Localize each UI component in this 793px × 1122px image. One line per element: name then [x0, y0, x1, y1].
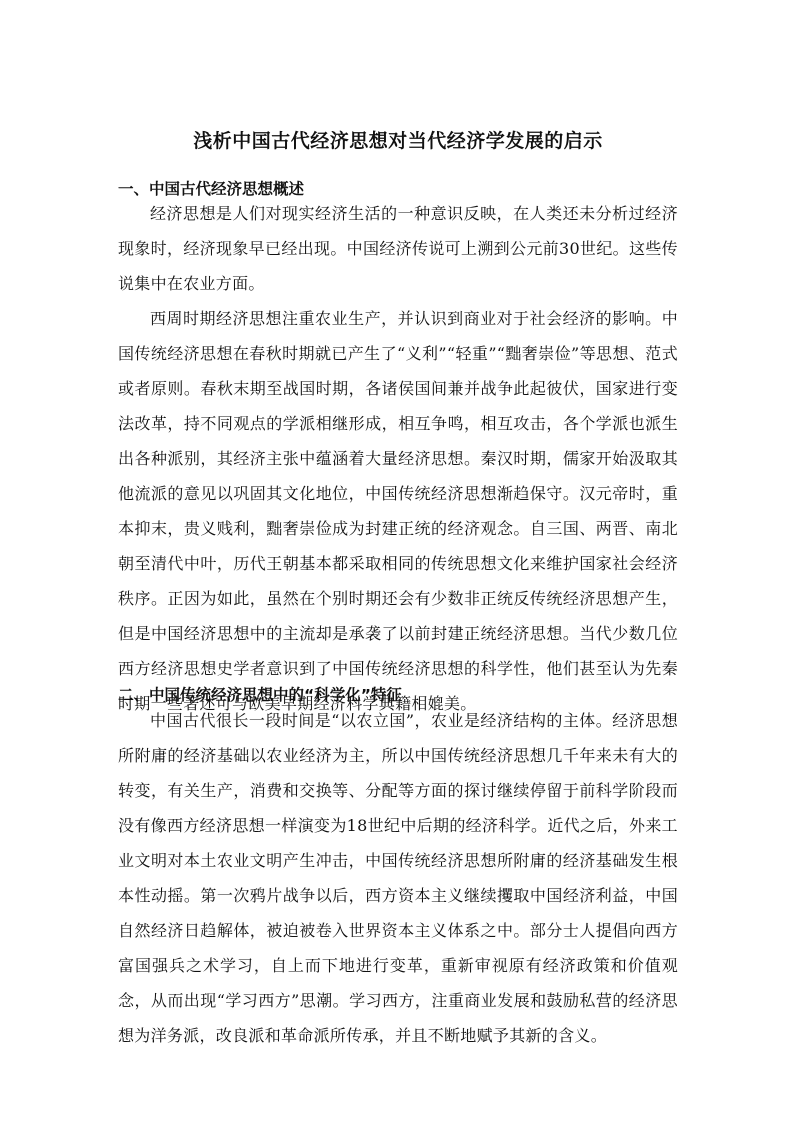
section-2-paragraph-1: 中国古代很长一段时间是“以农立国”，农业是经济结构的主体。经济思想所附庸的经济基… [118, 703, 678, 1053]
section-1-paragraph-2: 西周时期经济思想注重农业生产，并认识到商业对于社会经济的影响。中国传统经济思想在… [118, 301, 678, 721]
document-title: 浅析中国古代经济思想对当代经济学发展的启示 [118, 126, 678, 153]
section-heading-2: 二、中国传统经济思想中的“科学化”特征 [118, 683, 402, 705]
section-1-paragraph-1: 经济思想是人们对现实经济生活的一种意识反映，在人类还未分析过经济现象时，经济现象… [118, 196, 678, 301]
